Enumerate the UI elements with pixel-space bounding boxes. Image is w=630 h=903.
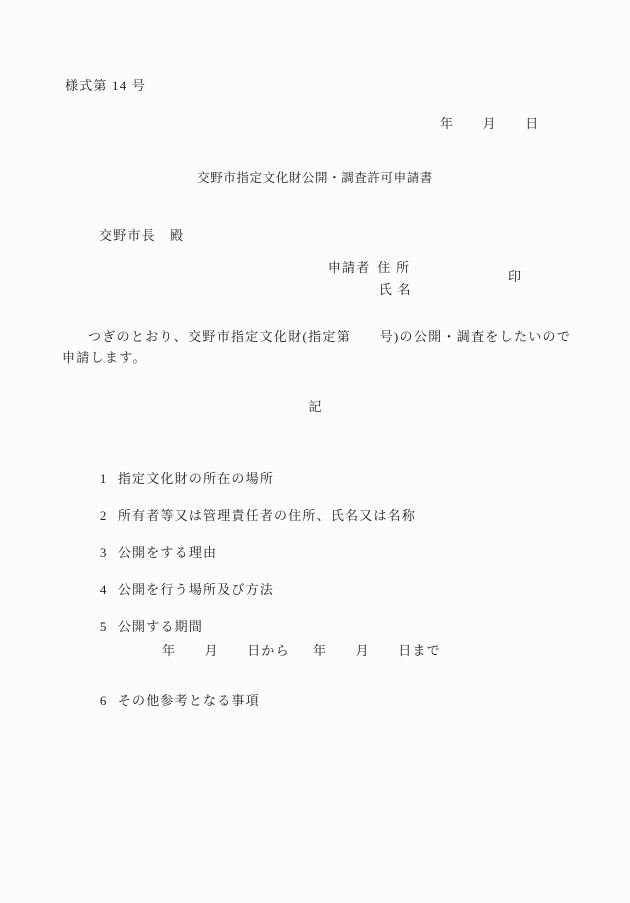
- body-paragraph: つぎのとおり、交野市指定文化財(指定第 号)の公開・調査をしたいので 申請します…: [62, 326, 580, 368]
- list-item-text: 公開を行う場所及び方法: [118, 582, 274, 597]
- form-number: 様式第 14 号: [65, 79, 146, 92]
- list-item-3: 3公開をする理由: [82, 533, 217, 572]
- list-item-number: 4: [100, 583, 118, 596]
- list-item-text: 公開をする理由: [118, 545, 217, 560]
- list-item-text: 所有者等又は管理責任者の住所、氏名又は名称: [118, 508, 416, 523]
- list-item-text: その他参考となる事項: [118, 693, 260, 708]
- list-item-text: 公開する期間: [118, 619, 203, 634]
- list-item-number: 2: [100, 509, 118, 522]
- period-from-line: 年 月 日から: [162, 644, 290, 657]
- list-item-2: 2所有者等又は管理責任者の住所、氏名又は名称: [82, 496, 416, 535]
- body-paragraph-line-2: 申請します。: [62, 347, 580, 368]
- list-item-1: 1指定文化財の所在の場所: [82, 459, 274, 498]
- list-item-5: 5公開する期間: [82, 607, 203, 646]
- list-item-number: 5: [100, 620, 118, 633]
- date-line: 年 月 日: [440, 117, 539, 130]
- document-page: 様式第 14 号 年 月 日 交野市指定文化財公開・調査許可申請書 交野市長 殿…: [0, 0, 630, 903]
- seal-label: 印: [508, 270, 522, 283]
- applicant-name-row: 氏 名: [361, 270, 412, 309]
- list-item-4: 4公開を行う場所及び方法: [82, 570, 274, 609]
- list-item-number: 3: [100, 546, 118, 559]
- memo-mark: 記: [0, 400, 630, 413]
- list-item-number: 1: [100, 472, 118, 485]
- addressee: 交野市長 殿: [99, 229, 184, 242]
- list-item-text: 指定文化財の所在の場所: [118, 471, 274, 486]
- period-to-line: 年 月 日まで: [313, 644, 441, 657]
- list-item-number: 6: [100, 694, 118, 707]
- applicant-name-label: 氏 名: [379, 282, 412, 297]
- page-title: 交野市指定文化財公開・調査許可申請書: [0, 172, 630, 185]
- list-item-6: 6その他参考となる事項: [82, 681, 260, 720]
- body-paragraph-line-1: つぎのとおり、交野市指定文化財(指定第 号)の公開・調査をしたいので: [62, 326, 580, 347]
